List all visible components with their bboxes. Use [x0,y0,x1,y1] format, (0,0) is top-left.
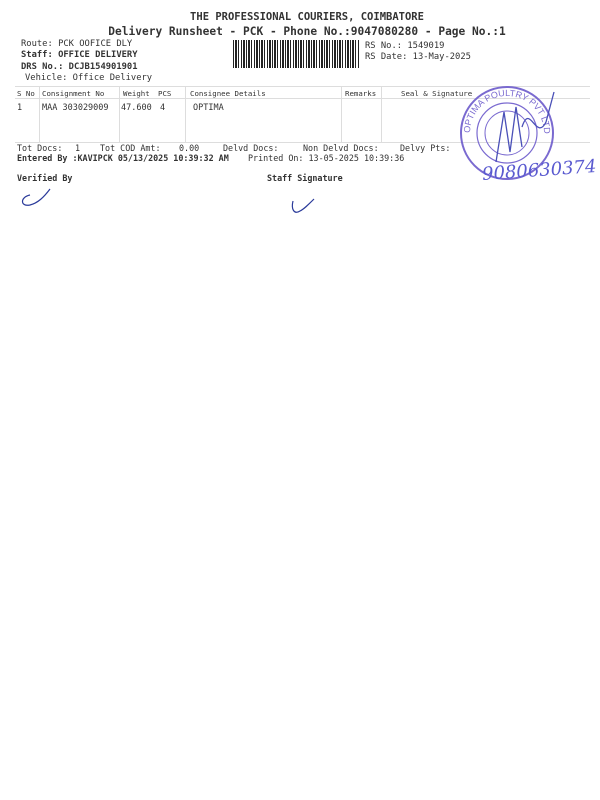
row-consignee: OPTIMA [193,103,224,113]
col-remarks: Remarks [345,89,376,98]
col-pcs: PCS [158,89,171,98]
barcode [233,40,359,68]
row-consignment: MAA 303029009 [42,103,109,113]
rs-number: RS No.: 1549019 [365,41,444,51]
tot-cod-value: 0.00 [179,143,199,153]
rs-date: RS Date: 13-May-2025 [365,52,471,62]
staff-signature-scribble [288,195,328,220]
entered-by: Entered By :KAVIPCK 05/13/2025 10:39:32 … [17,153,229,163]
vehicle-label: Vehicle: Office Delivery [25,73,152,83]
company-title: THE PROFESSIONAL COURIERS, COIMBATORE [0,11,600,23]
tot-docs-label: Tot Docs: [17,143,62,153]
row-sno: 1 [17,103,22,113]
printed-on: Printed On: 13-05-2025 10:39:36 [248,153,404,163]
tot-cod-label: Tot COD Amt: [100,143,161,153]
staff-signature-label: Staff Signature [267,173,343,183]
row-weight: 47.600 [121,103,152,113]
row-pcs: 4 [160,103,165,113]
non-delvd-docs-label: Non Delvd Docs: [303,143,379,153]
runsheet-subtitle: Delivery Runsheet - PCK - Phone No.:9047… [0,25,600,38]
col-weight: Weight [123,89,150,98]
drs-number: DRS No.: DCJB154901901 [21,62,138,72]
staff-label: Staff: OFFICE DELIVERY [21,50,138,60]
col-consignment: Consignment No [42,89,104,98]
verified-by-label: Verified By [17,173,72,183]
tot-docs-value: 1 [75,143,80,153]
delvy-pts-label: Delvy Pts: [400,143,450,153]
col-consignee: Consignee Details [190,89,266,98]
delvd-docs-label: Delvd Docs: [223,143,278,153]
route-label: Route: PCK OOFICE DLY [21,39,132,49]
verified-signature-scribble [18,185,58,210]
col-sno: S No [17,89,35,98]
